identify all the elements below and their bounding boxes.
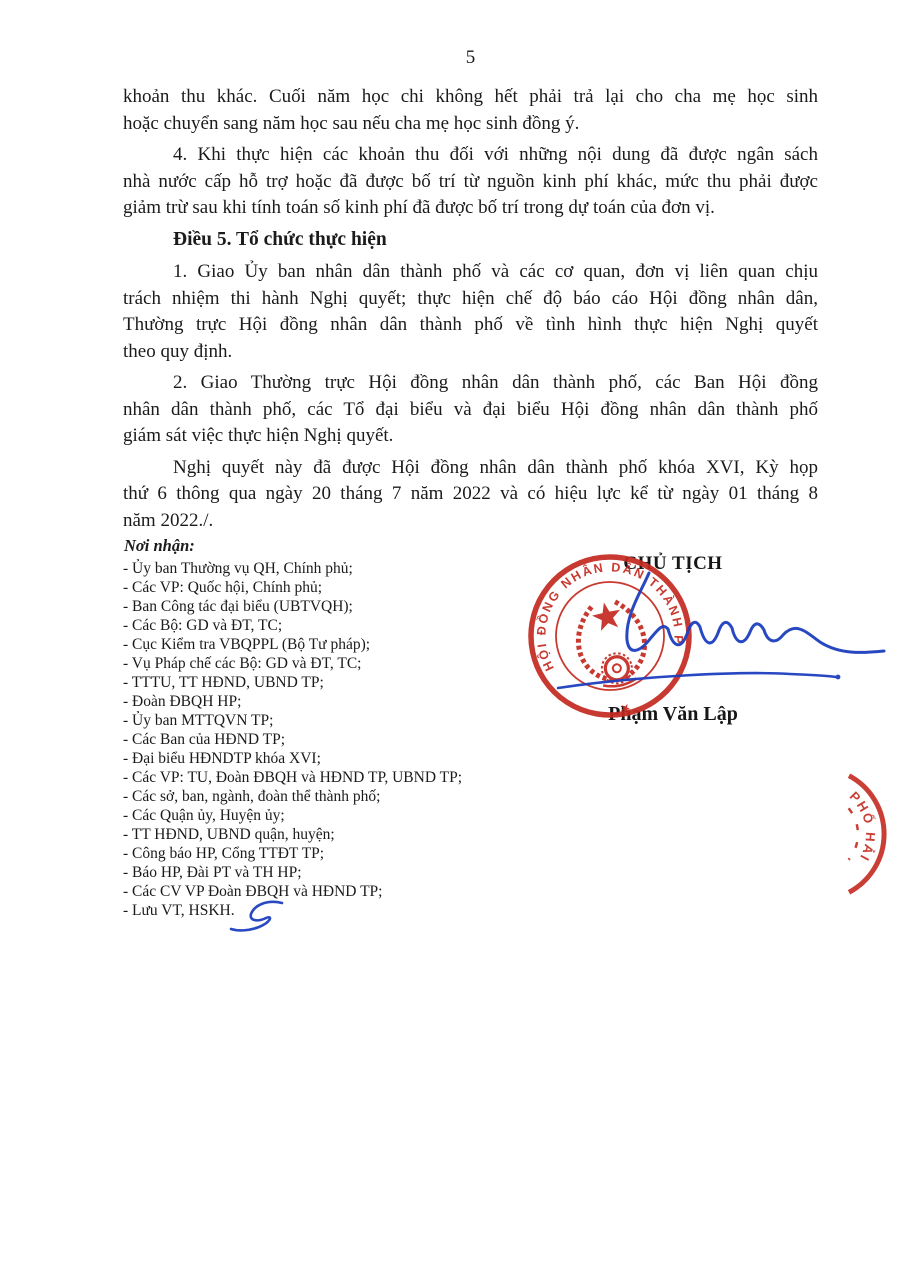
- text-line: - TTTU, TT HĐND, UBND TP;: [123, 673, 543, 692]
- text-line: - Đại biểu HĐNDTP khóa XVI;: [123, 749, 543, 768]
- text-line: 1. Giao Ủy ban nhân dân thành phố và các…: [123, 259, 818, 286]
- text-line: - Các Quận ủy, Huyện ủy;: [123, 806, 543, 825]
- text-line: - Lưu VT, HSKH.: [123, 901, 543, 920]
- paragraph-closing: Nghị quyết này đã được Hội đồng nhân dân…: [123, 455, 818, 535]
- text-line: 2. Giao Thường trực Hội đồng nhân dân th…: [123, 370, 818, 397]
- text-line: - Vụ Pháp chế các Bộ: GD và ĐT, TC;: [123, 654, 543, 673]
- text-line: trách nhiệm thi hành Nghị quyết; thực hi…: [123, 286, 818, 313]
- signature-main-stroke: [627, 573, 884, 652]
- paragraph-item-1: 1. Giao Ủy ban nhân dân thành phố và các…: [123, 259, 818, 365]
- signature-underline-stroke: [558, 673, 836, 688]
- text-line: - Các VP: Quốc hội, Chính phủ;: [123, 578, 543, 597]
- scanned-resolution-page: { "page": { "number": "5" }, "body": { "…: [0, 0, 900, 1286]
- edge-seal-stamp: PHỐ HẢI: [832, 752, 900, 920]
- text-line: - Ủy ban MTTQVN TP;: [123, 711, 543, 730]
- text-line: - Các sở, ban, ngành, đoàn thể thành phố…: [123, 787, 543, 806]
- text-line: thứ 6 thông qua ngày 20 tháng 7 năm 2022…: [123, 481, 818, 508]
- text-line: nhà nước cấp hỗ trợ hoặc đã được bố trí …: [123, 169, 818, 196]
- text-line: - Đoàn ĐBQH HP;: [123, 692, 543, 711]
- paragraph-continuation: khoản thu khác. Cuối năm học chi không h…: [123, 84, 818, 137]
- signature-end-dot: [836, 675, 841, 680]
- text-line: - Báo HP, Đài PT và TH HP;: [123, 863, 543, 882]
- text-line: Nghị quyết này đã được Hội đồng nhân dân…: [123, 455, 818, 482]
- text-line: nhân dân thành phố, các Tổ đại biểu và đ…: [123, 397, 818, 424]
- edge-stamp-inner-arc: [849, 808, 858, 859]
- paragraph-item-2: 2. Giao Thường trực Hội đồng nhân dân th…: [123, 370, 818, 450]
- text-line: khoản thu khác. Cuối năm học chi không h…: [123, 84, 818, 111]
- text-line: hoặc chuyển sang năm học sau nếu cha mẹ …: [123, 111, 818, 138]
- hskh-ink-path: [231, 902, 282, 931]
- text-line: - Ủy ban Thường vụ QH, Chính phủ;: [123, 559, 543, 578]
- text-line: - Các CV VP Đoàn ĐBQH và HĐND TP;: [123, 882, 543, 901]
- text-line: - Cục Kiểm tra VBQPPL (Bộ Tư pháp);: [123, 635, 543, 654]
- text-line: - Các VP: TU, Đoàn ĐBQH và HĐND TP, UBND…: [123, 768, 543, 787]
- paragraph-clause-4: 4. Khi thực hiện các khoản thu đối với n…: [123, 142, 818, 222]
- text-line: - Các Ban của HĐND TP;: [123, 730, 543, 749]
- recipients-label: Nơi nhận:: [124, 536, 195, 556]
- text-line: giám sát việc thực hiện Nghị quyết.: [123, 423, 818, 450]
- document-body: khoản thu khác. Cuối năm học chi không h…: [123, 84, 818, 539]
- recipients-list: - Ủy ban Thường vụ QH, Chính phủ;- Các V…: [123, 559, 543, 920]
- text-line: - Ban Công tác đại biểu (UBTVQH);: [123, 597, 543, 616]
- text-line: Thường trực Hội đồng nhân dân thành phố …: [123, 312, 818, 339]
- text-line: 4. Khi thực hiện các khoản thu đối với n…: [123, 142, 818, 169]
- article-5-heading: Điều 5. Tổ chức thực hiện: [123, 227, 818, 254]
- page-number: 5: [123, 47, 818, 69]
- text-line: - Công báo HP, Cổng TTĐT TP;: [123, 844, 543, 863]
- text-line: theo quy định.: [123, 339, 818, 366]
- signature-ink: [535, 550, 900, 710]
- text-line: - TT HĐND, UBND quận, huyện;: [123, 825, 543, 844]
- hskh-ink-mark: [222, 895, 292, 940]
- text-line: năm 2022./.: [123, 508, 818, 535]
- text-line: giảm trừ sau khi tính toán số kinh phí đ…: [123, 195, 818, 222]
- text-line: - Các Bộ: GD và ĐT, TC;: [123, 616, 543, 635]
